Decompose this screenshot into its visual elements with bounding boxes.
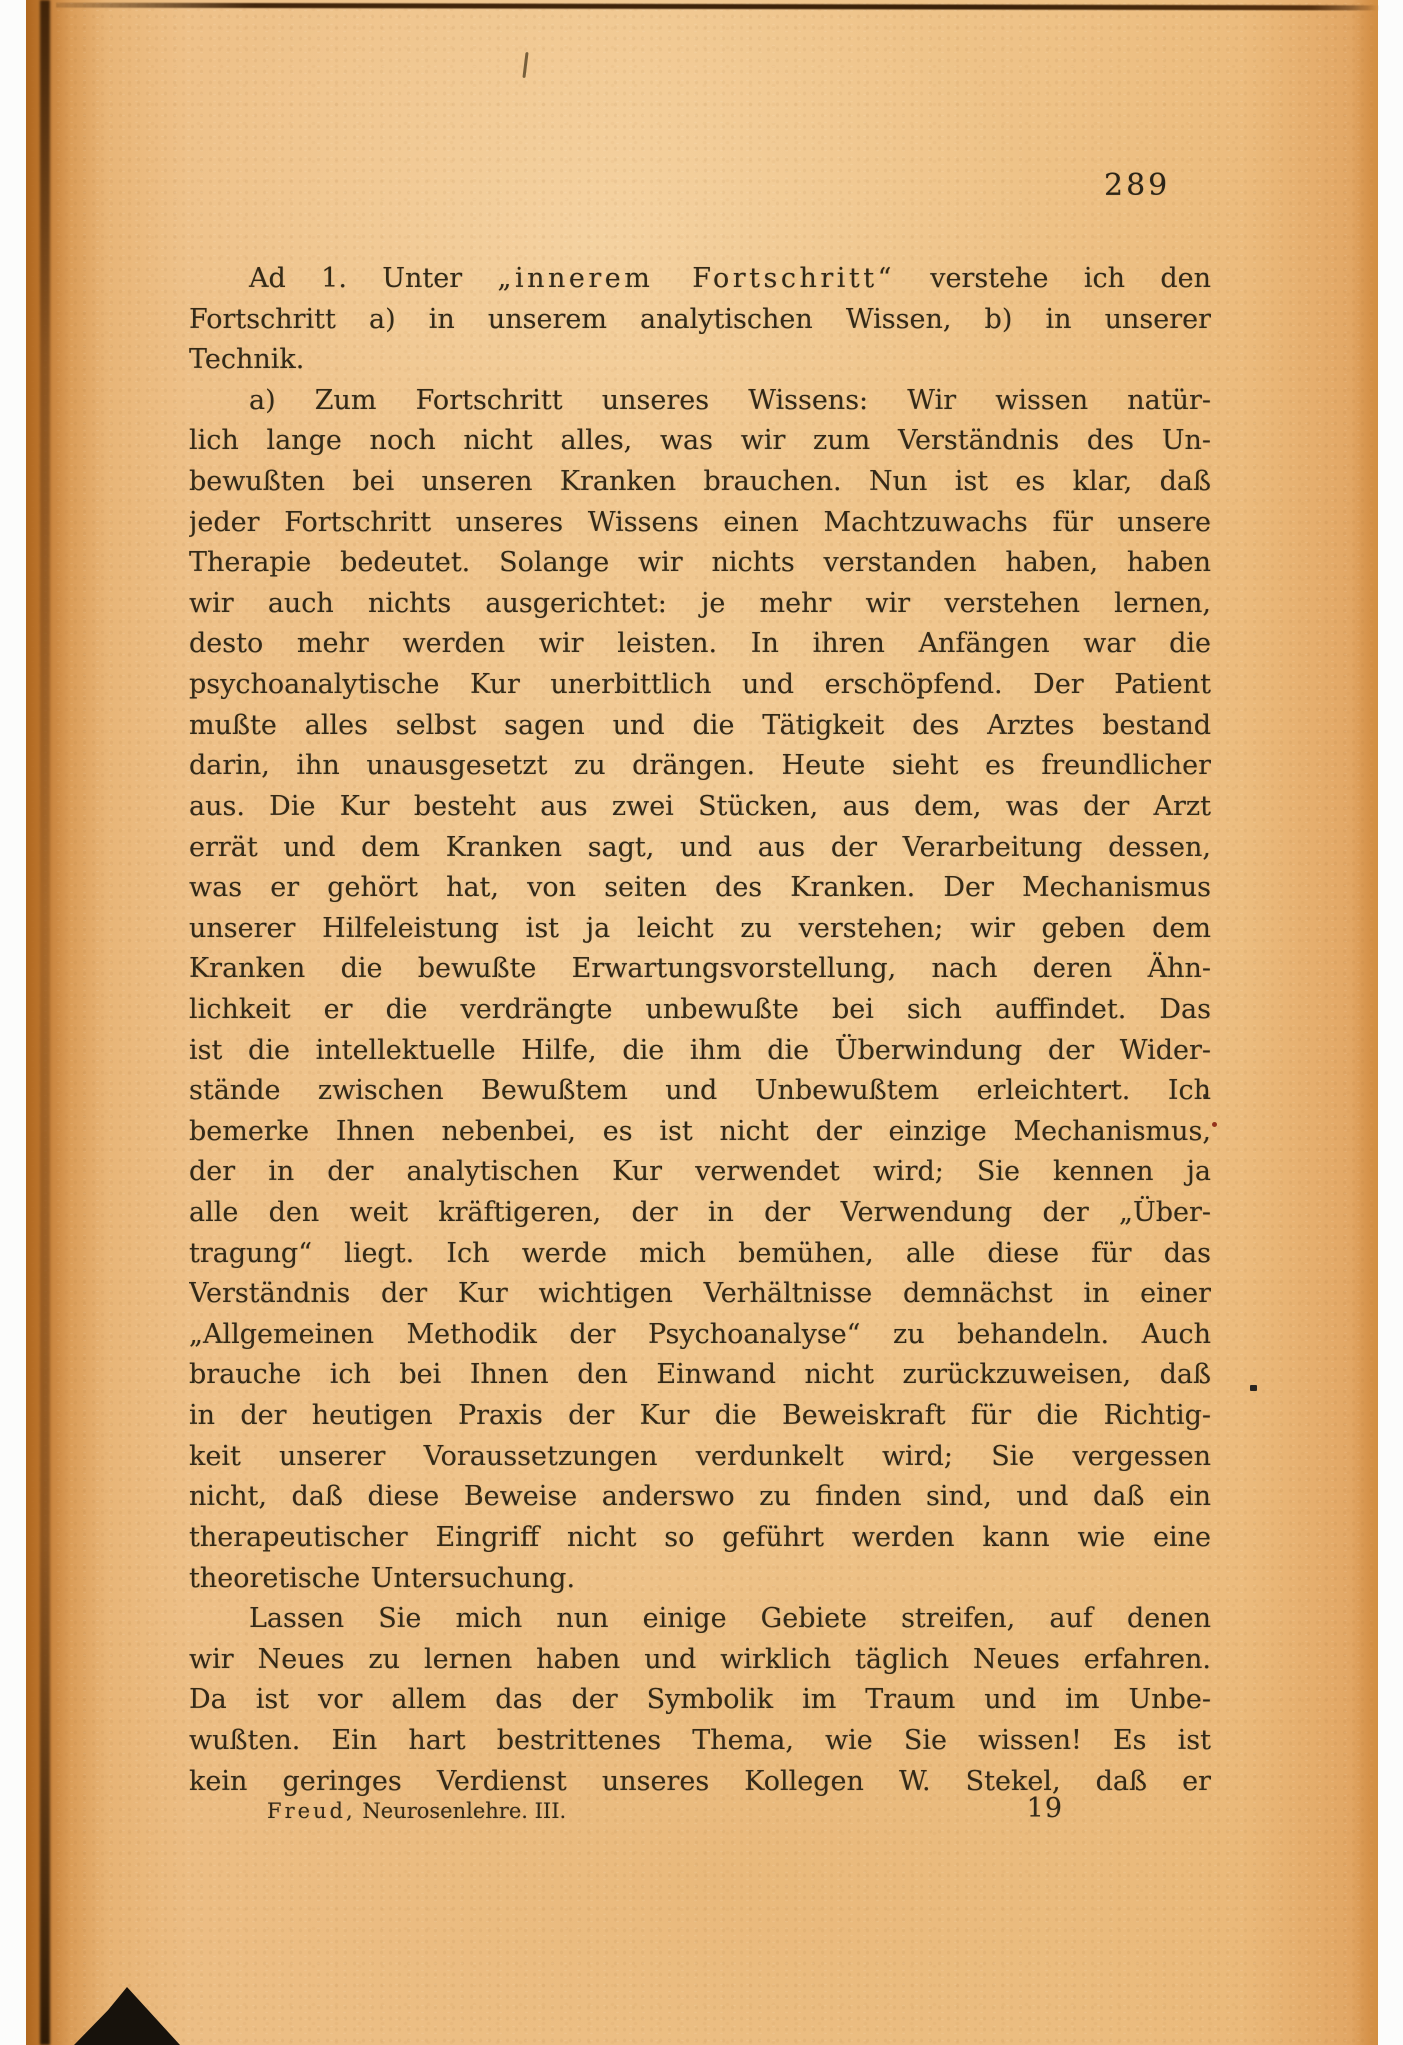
footer-imprint: Freud, Neurosenlehre. III.	[267, 1799, 566, 1823]
text-line: Technik.	[189, 340, 1211, 381]
text-line: darin, ihn unausgesetzt zu drängen. Heut…	[189, 746, 1211, 787]
text-line: Da ist vor allem das der Symbolik im Tra…	[189, 1680, 1211, 1721]
paragraph: Lassen Sie mich nun einige Gebiete strei…	[189, 1599, 1211, 1802]
text-line: a) Zum Fortschritt unseres Wissens: Wir …	[189, 381, 1211, 422]
text-line: Therapie bedeutet. Solange wir nichts ve…	[189, 543, 1211, 584]
text-line: nicht, daß diese Beweise anderswo zu fin…	[189, 1477, 1211, 1518]
text-line: lich lange noch nicht alles, was wir zum…	[189, 421, 1211, 462]
text-line: in der heutigen Praxis der Kur die Bewei…	[189, 1396, 1211, 1437]
text-line: wußten. Ein hart bestrittenes Thema, wie…	[189, 1721, 1211, 1762]
text-line: aus. Die Kur besteht aus zwei Stücken, a…	[189, 787, 1211, 828]
gutter-shadow	[26, 0, 90, 2045]
top-page-edge	[56, 3, 1378, 11]
text-line: wir Neues zu lernen haben und wirklich t…	[189, 1640, 1211, 1681]
text-line: bemerke Ihnen nebenbei, es ist nicht der…	[189, 1112, 1211, 1153]
scan-background: 289 Ad 1. Unter „innerem Fortschritt“ ve…	[0, 0, 1403, 2045]
paragraph: Ad 1. Unter „innerem Fortschritt“ verste…	[189, 259, 1211, 381]
text-line: Fortschritt a) in unserem analytischen W…	[189, 300, 1211, 341]
book-page: 289 Ad 1. Unter „innerem Fortschritt“ ve…	[26, 0, 1378, 2045]
footer-work-title: Neurosenlehre. III.	[362, 1799, 566, 1823]
text-line: jeder Fortschritt unseres Wissens einen …	[189, 503, 1211, 544]
text-line: brauche ich bei Ihnen den Einwand nicht …	[189, 1355, 1211, 1396]
text-line: unserer Hilfeleistung ist ja leicht zu v…	[189, 909, 1211, 950]
text-line: der in der analytischen Kur verwendet wi…	[189, 1152, 1211, 1193]
page-crease	[40, 0, 50, 2045]
text-line: tragung“ liegt. Ich werde mich bemühen, …	[189, 1234, 1211, 1275]
text-line: alle den weit kräftigeren, der in der Ve…	[189, 1193, 1211, 1234]
ink-speck	[1212, 1122, 1217, 1127]
text-line: Lassen Sie mich nun einige Gebiete strei…	[189, 1599, 1211, 1640]
text-segment: Ad 1. Unter	[249, 263, 498, 294]
text-line: lichkeit er die verdrängte unbewußte bei…	[189, 990, 1211, 1031]
footer-author: Freud,	[267, 1799, 356, 1823]
footer: Freud, Neurosenlehre. III. 19	[189, 1797, 1211, 1837]
text-line: was er gehört hat, von seiten des Kranke…	[189, 868, 1211, 909]
text-line: bewußten bei unseren Kranken brauchen. N…	[189, 462, 1211, 503]
text-line: stände zwischen Bewußtem und Unbewußtem …	[189, 1071, 1211, 1112]
text-line: wir auch nichts ausgerichtet: je mehr wi…	[189, 584, 1211, 625]
ink-mark	[522, 52, 528, 78]
text-line: psychoanalytische Kur unerbittlich und e…	[189, 665, 1211, 706]
page-number: 289	[1104, 168, 1170, 203]
text-body: Ad 1. Unter „innerem Fortschritt“ verste…	[189, 259, 1211, 1802]
letterspaced-phrase: „innerem Fortschritt“	[498, 263, 895, 294]
page-right-edge	[1352, 0, 1378, 2045]
text-line: mußte alles selbst sagen und die Tätigke…	[189, 706, 1211, 747]
text-line: keit unserer Voraussetzungen verdunkelt …	[189, 1437, 1211, 1478]
footer-sheet-number: 19	[1027, 1793, 1063, 1824]
text-line: Kranken die bewußte Erwartungsvorstellun…	[189, 949, 1211, 990]
text-line: „Allgemeinen Methodik der Psychoanalyse“…	[189, 1315, 1211, 1356]
paragraph: a) Zum Fortschritt unseres Wissens: Wir …	[189, 381, 1211, 1599]
text-line: theoretische Untersuchung.	[189, 1559, 1211, 1600]
ink-speck	[1250, 1385, 1257, 1391]
text-line: ist die intellektuelle Hilfe, die ihm di…	[189, 1031, 1211, 1072]
text-line: errät und dem Kranken sagt, und aus der …	[189, 828, 1211, 869]
text-line: desto mehr werden wir leisten. In ihren …	[189, 624, 1211, 665]
text-segment: verstehe ich den	[895, 263, 1211, 294]
text-line: Verständnis der Kur wichtigen Verhältnis…	[189, 1274, 1211, 1315]
text-line: Ad 1. Unter „innerem Fortschritt“ verste…	[189, 259, 1211, 300]
text-line: therapeutischer Eingriff nicht so geführ…	[189, 1518, 1211, 1559]
